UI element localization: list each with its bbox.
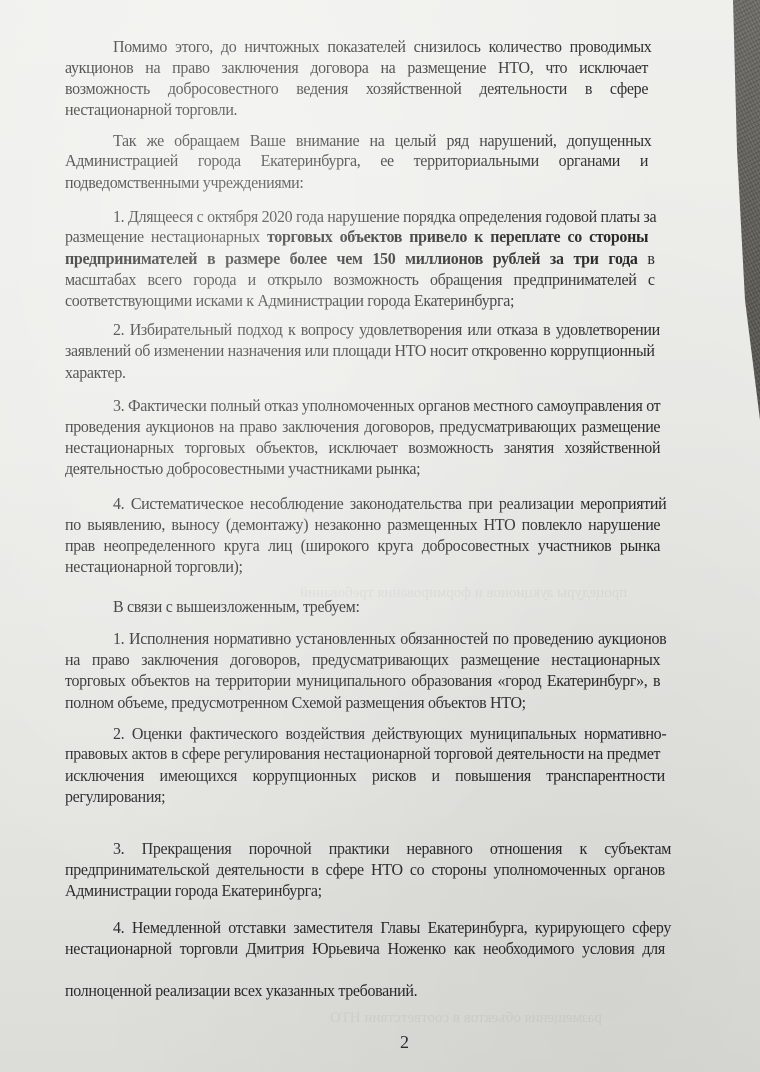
demand-item-1-line: на право заключения договоров, предусмат… bbox=[65, 649, 660, 670]
demand-item-4: 4. Немедленной отставки заместителя Глав… bbox=[113, 917, 671, 938]
show-through-text: размещения объектов в соответствии НТО bbox=[330, 1010, 602, 1027]
paragraph-line: нестационарной торговли. bbox=[65, 99, 648, 120]
demand-item-3: 3. Прекращения порочной практики неравно… bbox=[113, 838, 671, 859]
violation-item-1: 1. Длящееся с октября 2020 года нарушени… bbox=[113, 206, 651, 227]
demand-item-2-line: правовых актов в сфере регулирования нес… bbox=[65, 743, 660, 764]
demand-item-1: 1. Исполнения нормативно установленных о… bbox=[113, 628, 666, 649]
demand-item-2: 2. Оценки фактического воздействия дейст… bbox=[113, 723, 666, 744]
violation-item-4: 4. Систематическое несоблюдение законода… bbox=[113, 493, 666, 514]
demand-item-3-line: предпринимательской деятельности в сфере… bbox=[65, 859, 665, 880]
violation-item-1-line: предпринимателей в размере более чем 150… bbox=[65, 248, 655, 269]
demand-item-1-line: полном объеме, предусмотренном Схемой ра… bbox=[65, 692, 648, 713]
violation-item-4-line: нестационарной торговли); bbox=[65, 556, 648, 577]
paragraph-line: Администрацией города Екатеринбурга, ее … bbox=[65, 150, 648, 171]
paragraph-line: аукционов на право заключения договора н… bbox=[65, 57, 648, 78]
violation-item-3-line: проведения аукционов на право заключения… bbox=[65, 416, 660, 437]
violation-item-2-line: характер. bbox=[65, 362, 648, 383]
violation-item-1-line: размещение нестационарных торговых объек… bbox=[65, 226, 648, 247]
violation-item-3-line: деятельностью добросовестными участникам… bbox=[65, 458, 648, 479]
document-page: процедуры аукционов и формирования требо… bbox=[0, 0, 760, 1072]
demand-item-2-line: исключения имеющихся коррупционных риско… bbox=[65, 765, 665, 786]
violation-item-1-line: соответствующими исками к Администрации … bbox=[65, 290, 648, 311]
violation-item-3-line: нестационарных торговых объектов, исключ… bbox=[65, 437, 660, 458]
violation-item-2: 2. Избирательный подход к вопросу удовле… bbox=[113, 319, 660, 340]
demand-item-2-line: регулирования; bbox=[65, 786, 648, 807]
paragraph-line: возможность добросовестного ведения хозя… bbox=[65, 78, 648, 99]
normal-text: в bbox=[638, 249, 655, 268]
violation-item-3: 3. Фактически полный отказ уполномоченны… bbox=[113, 395, 660, 416]
demand-item-3-line: Администрации города Екатеринбурга; bbox=[65, 880, 648, 901]
demands-intro: В связи с вышеизложенным, требуем: bbox=[113, 596, 651, 617]
normal-text: размещение нестационарных bbox=[65, 227, 267, 246]
page-number: 2 bbox=[400, 1031, 409, 1053]
violation-item-4-line: по выявлению, выносу (демонтажу) незакон… bbox=[65, 514, 660, 535]
paragraph-line: подведомственными учреждениями: bbox=[65, 172, 648, 193]
demand-item-1-line: торговых объектов на территории муниципа… bbox=[65, 670, 660, 691]
paragraph-line: Помимо этого, до ничтожных показателей с… bbox=[113, 36, 651, 57]
paragraph-line: Так же обращаем Ваше внимание на целый р… bbox=[113, 130, 651, 151]
demand-item-4-line: полноценной реализации всех указанных тр… bbox=[65, 980, 648, 1001]
violation-item-1-line: масштабах всего города и открыло возможн… bbox=[65, 269, 655, 290]
violation-item-4-line: прав неопределенного круга лиц (широкого… bbox=[65, 535, 660, 556]
violation-item-2-line: заявлений об изменении назначения или пл… bbox=[65, 340, 655, 361]
bold-emphasis-text: предпринимателей в размере более чем 150… bbox=[65, 249, 638, 268]
demand-item-4-line: нестационарной торговли Дмитрия Юрьевича… bbox=[65, 938, 665, 959]
bold-emphasis-text: торговых объектов привело к переплате со… bbox=[267, 227, 648, 246]
